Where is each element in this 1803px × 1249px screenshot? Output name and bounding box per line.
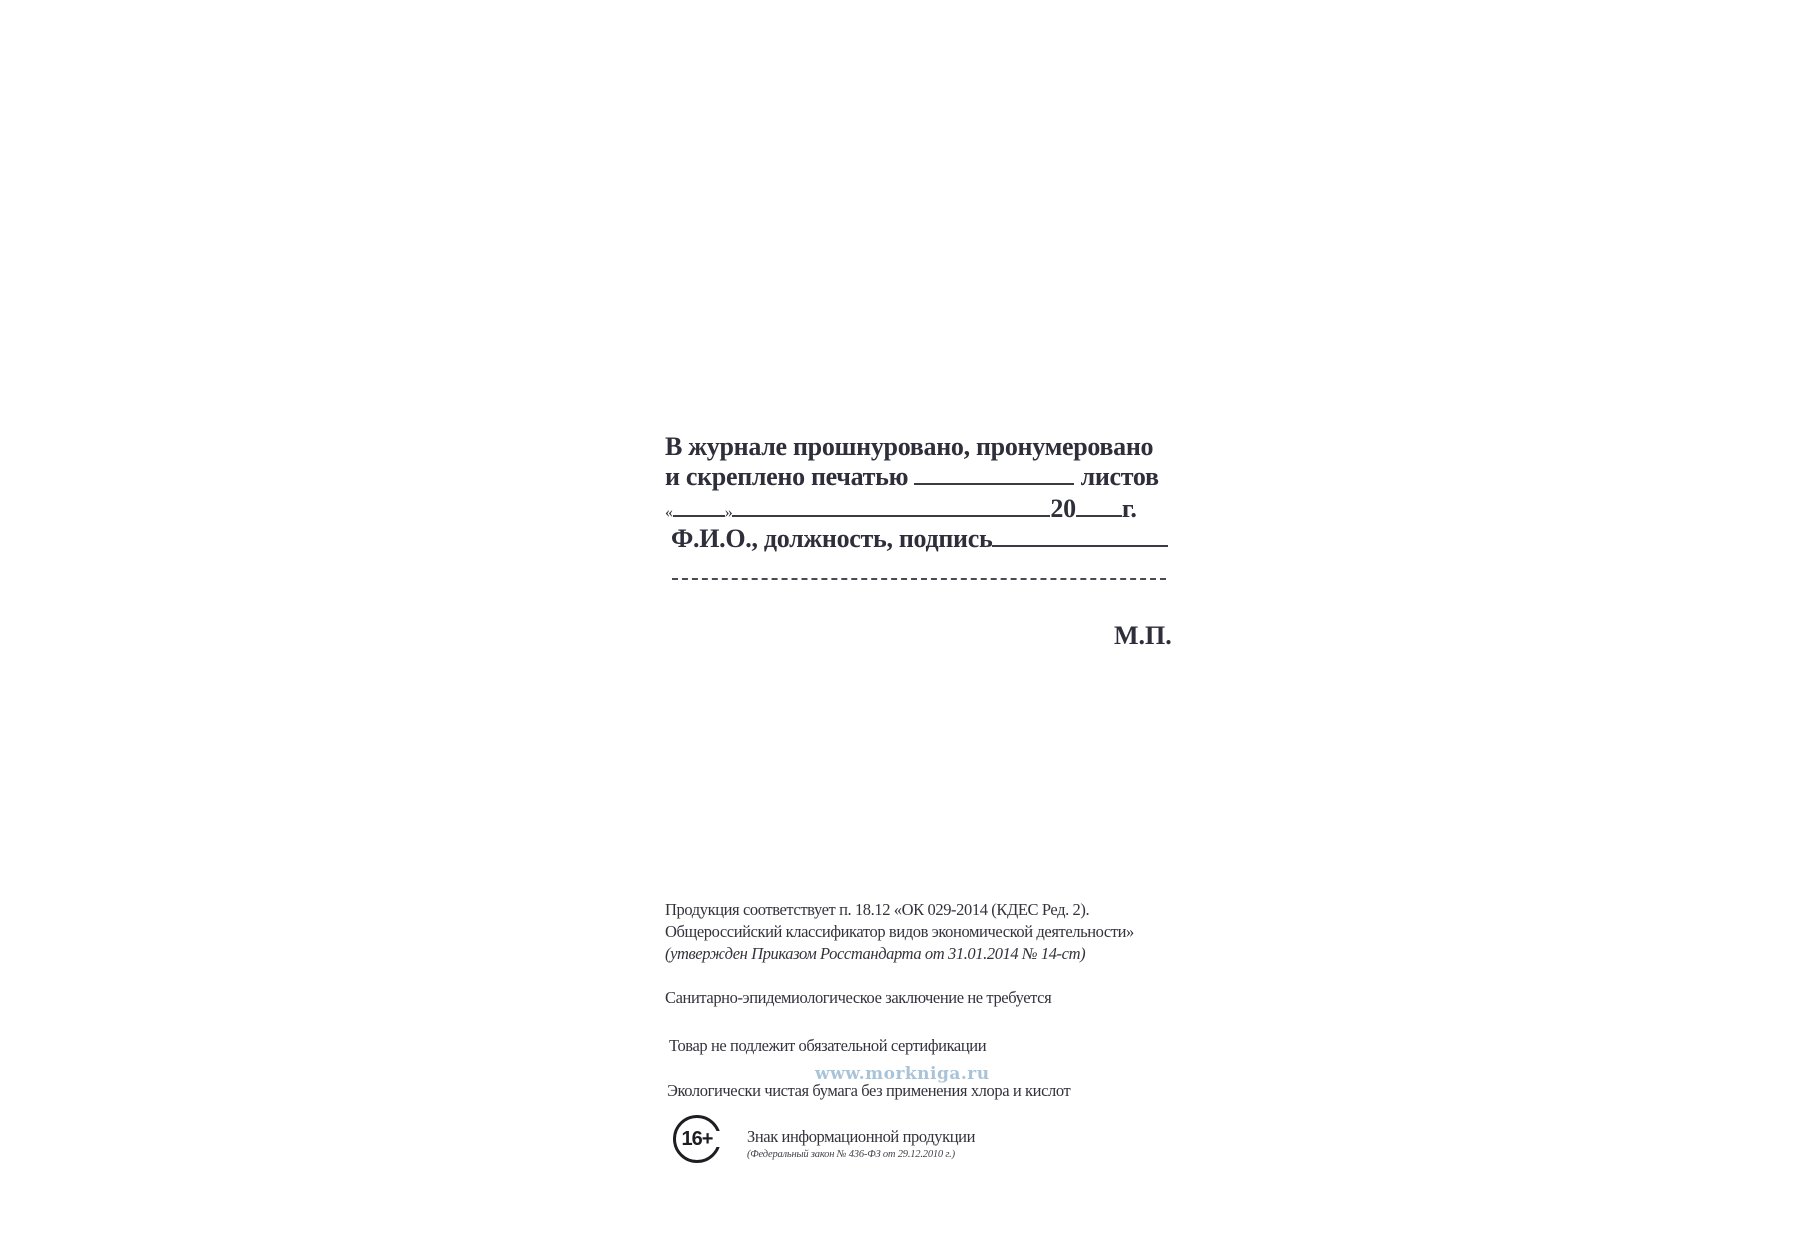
compliance-line-3: (утвержден Приказом Росстандарта от 31.0…: [665, 944, 1085, 964]
signature-line: Ф.И.О., должность, подпись: [671, 524, 1168, 554]
age-rating-icon: 16+: [673, 1115, 721, 1163]
signature-extra-line[interactable]: [672, 578, 1166, 580]
day-blank[interactable]: [673, 495, 725, 517]
cert-line-1: В журнале прошнуровано, пронумеровано: [665, 432, 1153, 462]
sanitary-note: Санитарно-эпидемиологическое заключение …: [665, 988, 1051, 1008]
close-quote: »: [725, 504, 733, 521]
open-quote: «: [665, 504, 673, 521]
sheets-count-blank[interactable]: [914, 463, 1074, 485]
compliance-line-1: Продукция соответствует п. 18.12 «ОК 029…: [665, 900, 1089, 920]
month-blank[interactable]: [732, 495, 1050, 517]
info-sign-title: Знак информационной продукции: [747, 1127, 975, 1147]
stamp-label: М.П.: [1114, 621, 1172, 651]
year-prefix: 20: [1050, 494, 1075, 523]
eco-note: Экологически чистая бумага без применени…: [667, 1081, 1070, 1101]
cert-date-line: «»20г.: [665, 494, 1137, 528]
signature-label: Ф.И.О., должность, подпись: [671, 524, 992, 553]
cert-line-2-prefix: и скреплено печатью: [665, 462, 908, 491]
year-suffix: г.: [1122, 494, 1137, 523]
age-rating-text: 16+: [682, 1128, 713, 1151]
signature-blank[interactable]: [992, 525, 1168, 547]
info-sign-law: (Федеральный закон № 436-ФЗ от 29.12.201…: [747, 1149, 955, 1160]
compliance-line-2: Общероссийский классификатор видов эконо…: [665, 922, 1134, 942]
cert-line-2-suffix: листов: [1081, 462, 1159, 491]
compliance-line-3-text: (утвержден Приказом Росстандарта от 31.0…: [665, 944, 1085, 963]
year-blank[interactable]: [1076, 495, 1122, 517]
certification-block: В журнале прошнуровано, пронумеровано и …: [665, 432, 1165, 592]
cert-line-2: и скреплено печатью листов: [665, 462, 1159, 492]
certification-note: Товар не подлежит обязательной сертифика…: [669, 1036, 986, 1056]
